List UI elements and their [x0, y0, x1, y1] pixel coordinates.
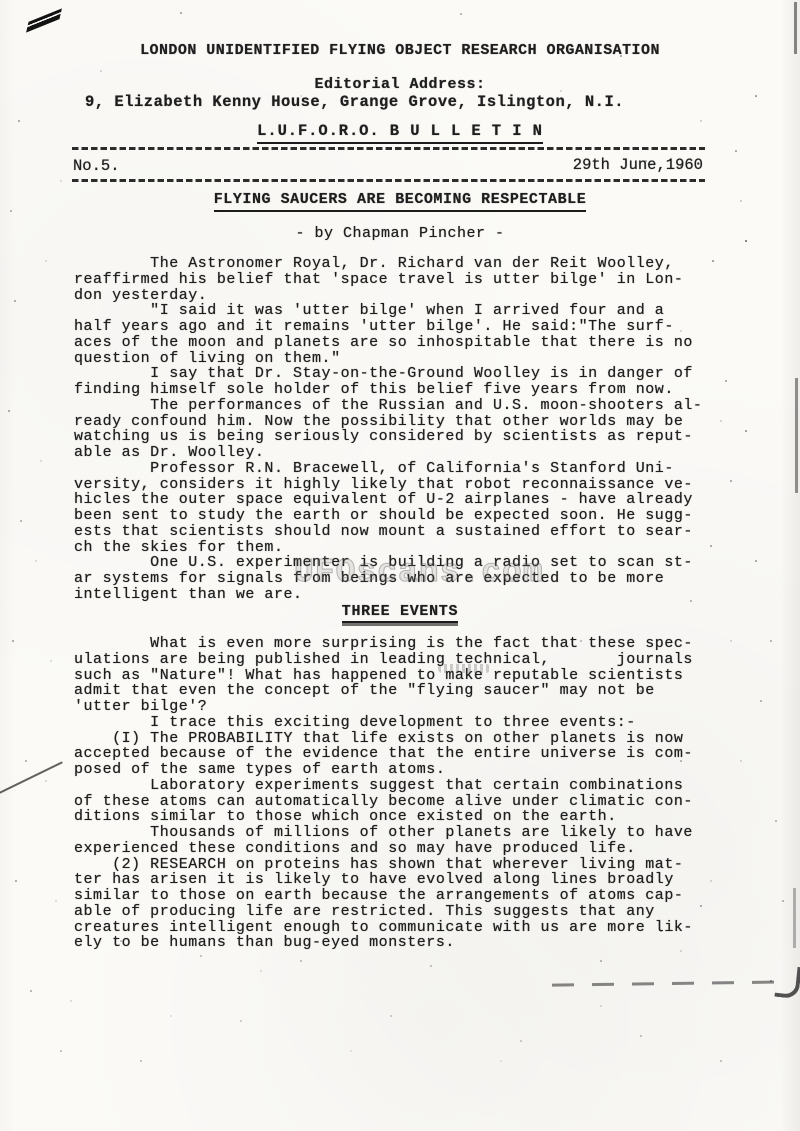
text-line: experienced these conditions and so may … [74, 841, 734, 857]
text-line: don yesterday. [74, 288, 734, 304]
byline: - by Chapman Pincher - [0, 225, 800, 242]
article-body-part-2: What is even more surprising is the fact… [74, 636, 734, 951]
organisation-name: LONDON UNIDENTIFIED FLYING OBJECT RESEAR… [0, 42, 800, 59]
text-line: Professor R.N. Bracewell, of California'… [74, 461, 734, 477]
text-line: ditions similar to those which once exis… [74, 809, 734, 825]
text-line: ests that scientists should now mount a … [74, 524, 734, 540]
text-line: been sent to study the earth or should b… [74, 508, 734, 524]
text-line: creatures intelligent enough to communic… [74, 920, 734, 936]
scan-noise-specks [0, 0, 2, 2]
text-line: versity, considers it highly likely that… [74, 477, 734, 493]
text-line: hicles the outer space equivalent of U-2… [74, 492, 734, 508]
text-line: half years ago and it remains 'utter bil… [74, 319, 734, 335]
text-line: similar to those on earth because the ar… [74, 888, 734, 904]
text-line: ulations are being published in leading … [74, 652, 734, 668]
text-line: Laboratory experiments suggest that cert… [74, 778, 734, 794]
text-line: ready confound him. Now the possibility … [74, 414, 734, 430]
editorial-address-label: Editorial Address: [0, 76, 800, 93]
hook-mark-artifact [774, 965, 800, 999]
pen-stroke-artifact [26, 8, 62, 32]
text-line: question of living on them." [74, 351, 734, 367]
text-line: reaffirmed his belief that 'space travel… [74, 272, 734, 288]
section-heading-text: THREE EVENTS [342, 603, 458, 623]
article-title-text: FLYING SAUCERS ARE BECOMING RESPECTABLE [214, 191, 587, 212]
dashed-divider-top [72, 147, 705, 150]
text-line: admit that even the concept of the "flyi… [74, 683, 734, 699]
issue-number: No.5. [73, 157, 120, 175]
text-line: accepted because of the evidence that th… [74, 746, 734, 762]
scan-edge-streak [793, 888, 796, 948]
text-line: posed of the same types of earth atoms. [74, 762, 734, 778]
pen-hairline-artifact [0, 761, 63, 794]
text-line: able of producing life are restricted. T… [74, 904, 734, 920]
text-line: aces of the moon and planets are so inho… [74, 335, 734, 351]
text-line: such as "Nature"! What has happened to m… [74, 668, 734, 684]
text-line: One U.S. experimenter is building a radi… [74, 555, 734, 571]
text-line: of these atoms can automatically become … [74, 794, 734, 810]
text-line: (I) The PROBABILITY that life exists on … [74, 731, 734, 747]
bulletin-title: L.U.F.O.R.O. B U L L E T I N [0, 122, 800, 140]
scan-edge-streak [794, 2, 797, 54]
text-line: ely to be humans than bug-eyed monsters. [74, 935, 734, 951]
dashed-divider-bottom [72, 179, 705, 182]
text-line: I trace this exciting development to thr… [74, 715, 734, 731]
text-line: ch the skies for them. [74, 540, 734, 556]
text-line: ter has arisen it is likely to have evol… [74, 872, 734, 888]
text-line: watching us is being seriously considere… [74, 429, 734, 445]
section-heading: THREE EVENTS [0, 603, 800, 620]
editorial-address: 9, Elizabeth Kenny House, Grange Grove, … [85, 93, 624, 111]
text-line: 'utter bilge'? [74, 699, 734, 715]
text-line: I say that Dr. Stay-on-the-Ground Woolle… [74, 366, 734, 382]
ink-smudge-artifact [438, 664, 490, 673]
text-line: What is even more surprising is the fact… [74, 636, 734, 652]
text-line: (2) RESEARCH on proteins has shown that … [74, 857, 734, 873]
text-line: The Astronomer Royal, Dr. Richard van de… [74, 256, 734, 272]
issue-date: 29th June,1960 [573, 156, 703, 174]
text-line: Thousands of millions of other planets a… [74, 825, 734, 841]
smudge-line-artifact [552, 980, 787, 986]
scan-edge-streak [795, 378, 798, 493]
article-title: FLYING SAUCERS ARE BECOMING RESPECTABLE [0, 191, 800, 208]
text-line: "I said it was 'utter bilge' when I arri… [74, 303, 734, 319]
text-line: intelligent than we are. [74, 587, 734, 603]
text-line: The performances of the Russian and U.S.… [74, 398, 734, 414]
text-line: finding himself sole holder of this beli… [74, 382, 734, 398]
text-line: able as Dr. Woolley. [74, 445, 734, 461]
scanned-document-page: LONDON UNIDENTIFIED FLYING OBJECT RESEAR… [0, 0, 800, 1131]
bulletin-title-text: L.U.F.O.R.O. B U L L E T I N [257, 122, 543, 144]
text-line: ar systems for signals from beings who a… [74, 571, 734, 587]
article-body-part-1: The Astronomer Royal, Dr. Richard van de… [74, 256, 734, 603]
